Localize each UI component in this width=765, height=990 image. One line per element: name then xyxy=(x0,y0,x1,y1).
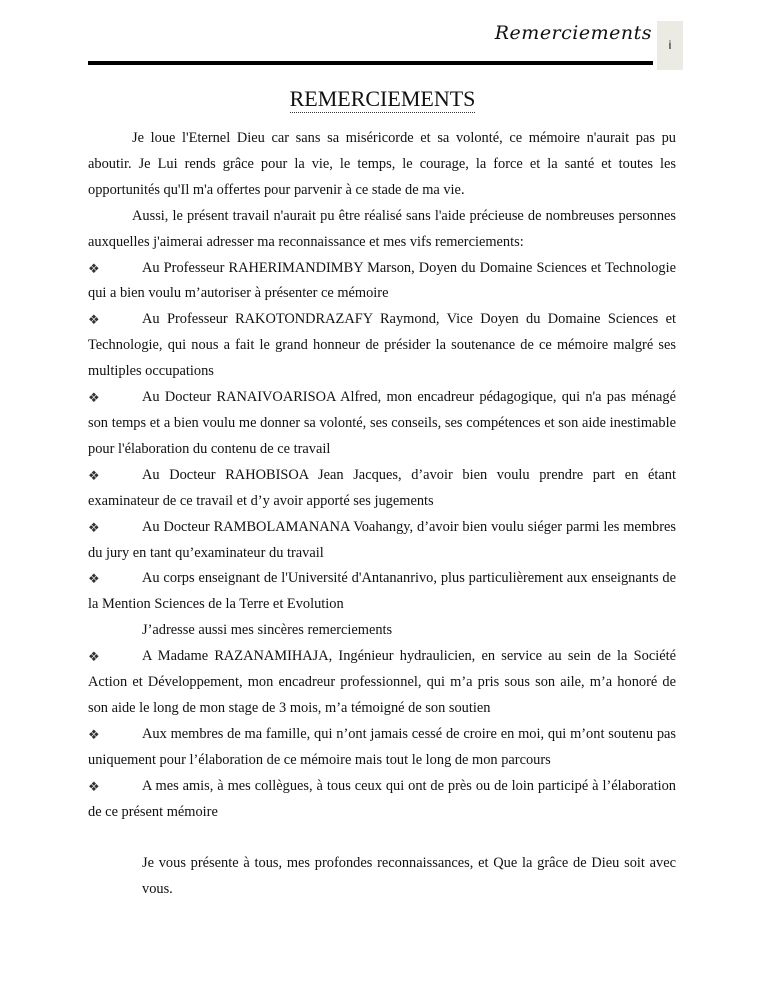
diamond-bullet-icon: ❖ xyxy=(88,774,100,800)
list-item: ❖Au corps enseignant de l'Université d'A… xyxy=(88,566,676,618)
diamond-bullet-icon: ❖ xyxy=(88,307,100,333)
diamond-bullet-icon: ❖ xyxy=(88,722,100,748)
header-rule xyxy=(88,61,653,65)
page-number-tab: i xyxy=(657,21,683,70)
list-item: ❖Au Professeur RAHERIMANDIMBY Marson, Do… xyxy=(88,256,676,308)
diamond-bullet-icon: ❖ xyxy=(88,385,100,411)
page-title-text: REMERCIEMENTS xyxy=(290,86,476,113)
list-item: ❖Aux membres de ma famille, qui n’ont ja… xyxy=(88,722,676,774)
closing-paragraph: Je vous présente à tous, mes profondes r… xyxy=(88,851,676,903)
diamond-bullet-icon: ❖ xyxy=(88,644,100,670)
diamond-bullet-icon: ❖ xyxy=(88,463,100,489)
list-item: ❖A mes amis, à mes collègues, à tous ceu… xyxy=(88,774,676,826)
document-body: Je loue l'Eternel Dieu car sans sa misér… xyxy=(88,126,676,918)
list-item: ❖A Madame RAZANAMIHAJA, Ingénieur hydrau… xyxy=(88,644,676,722)
diamond-bullet-icon: ❖ xyxy=(88,256,100,282)
page-title: REMERCIEMENTS xyxy=(0,86,765,112)
paragraph-thanks: Aussi, le présent travail n'aurait pu êt… xyxy=(88,204,676,256)
paragraph-intro: Je loue l'Eternel Dieu car sans sa misér… xyxy=(88,126,676,204)
diamond-bullet-icon: ❖ xyxy=(88,515,100,541)
running-header-title: Remerciements xyxy=(495,22,652,44)
list-item: ❖Au Docteur RANAIVOARISOA Alfred, mon en… xyxy=(88,385,676,463)
list-item: ❖Au Docteur RAMBOLAMANANA Voahangy, d’av… xyxy=(88,515,676,567)
list-item: ❖Au Docteur RAHOBISOA Jean Jacques, d’av… xyxy=(88,463,676,515)
subheading: J’adresse aussi mes sincères remerciemen… xyxy=(88,618,676,644)
list-item: ❖Au Professeur RAKOTONDRAZAFY Raymond, V… xyxy=(88,307,676,385)
diamond-bullet-icon: ❖ xyxy=(88,566,100,592)
